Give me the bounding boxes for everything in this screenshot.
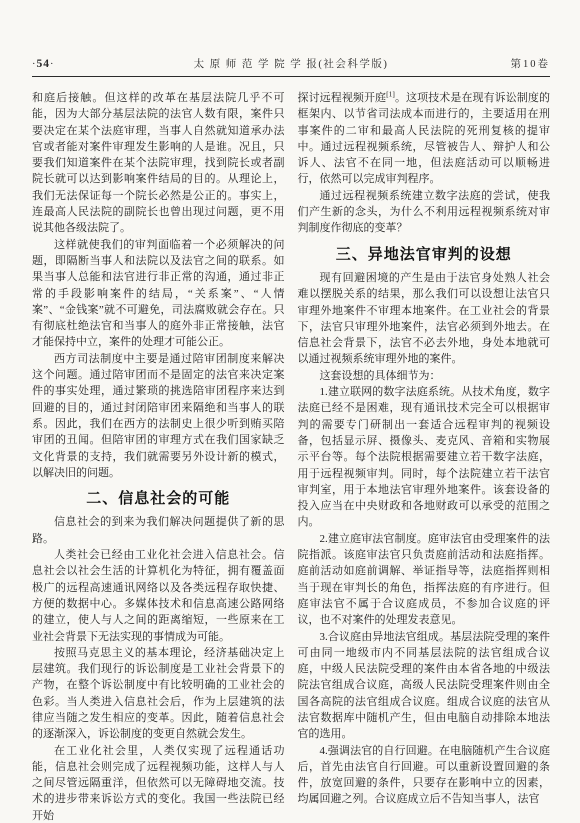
- page-number-dot-right: ·: [50, 59, 55, 70]
- paragraph: 人类社会已经由工业化社会进入信息社会。信息社会以社会生活的计算机化为特征，拥有覆…: [32, 547, 285, 645]
- journal-page: ·54· 太 原 师 范 学 院 学 报(社会科学版) 第10卷 和庭后接触。但…: [0, 0, 580, 823]
- page-number: ·54·: [32, 58, 102, 70]
- footnote-ref: [1]: [386, 89, 395, 98]
- paragraph: 1.建立联网的数字法庭系统。从技术角度，数字法庭已经不是困难，现有通讯技术完全可…: [298, 384, 551, 531]
- paragraph: 和庭后接触。但这样的改革在基层法院几乎不可能，因为大部分基层法院的法官人数有限，…: [32, 90, 285, 237]
- header-rule: [32, 76, 550, 77]
- left-column: 和庭后接触。但这样的改革在基层法院几乎不可能，因为大部分基层法院的法官人数有限，…: [32, 90, 285, 823]
- paragraph: 通过远程视频系统建立数字法庭的尝试，使我们产生新的念头，为什么不利用远程视频系统…: [298, 188, 551, 237]
- paragraph: 4.强调法官的自行回避。在电脑随机产生合议庭后，首先由法官自行回避。可以重新设置…: [298, 743, 551, 808]
- paragraph: 3.合议庭由异地法官组成。基层法院受理的案件可由同一地级市内不同基层法院的法官组…: [298, 629, 551, 743]
- paragraph: 信息社会的到来为我们解决问题提供了新的思路。: [32, 514, 285, 547]
- paragraph: 探讨远程视频开庭[1]。这项技术是在现有诉讼制度的框架内、以节省司法成本而进行的…: [298, 90, 551, 188]
- section-heading: 三、异地法官审判的设想: [298, 247, 551, 263]
- article-body: 和庭后接触。但这样的改革在基层法院几乎不可能，因为大部分基层法院的法官人数有限，…: [32, 90, 550, 823]
- paragraph: 西方司法制度中主要是通过陪审团制度来解决这个问题。通过陪审团而不是固定的法官来决…: [32, 351, 285, 481]
- volume-label: 第10卷: [480, 56, 550, 71]
- paragraph: 在工业化社会里，人类仅实现了远程通话功能，信息社会则完成了远程视频功能，这样人与…: [32, 743, 285, 823]
- paragraph: 这样就使我们的审判面临着一个必须解决的问题，即隔断当事人和法院以及法官之间的联系…: [32, 237, 285, 351]
- paragraph: 现有回避困境的产生是由于法官身处熟人社会难以摆脱关系的结果，那么我们可以设想让法…: [298, 270, 551, 368]
- journal-title: 太 原 师 范 学 院 学 报(社会科学版): [102, 56, 480, 71]
- paragraph: 这套设想的具体细节为：: [298, 368, 551, 384]
- right-column: 探讨远程视频开庭[1]。这项技术是在现有诉讼制度的框架内、以节省司法成本而进行的…: [298, 90, 551, 823]
- page-number-value: 54: [37, 58, 51, 70]
- page-header: ·54· 太 原 师 范 学 院 学 报(社会科学版) 第10卷: [32, 56, 550, 71]
- paragraph: 2.建立庭审法官制度。庭审法官由受理案件的法院指派。该庭审法官只负责庭前活动和法…: [298, 531, 551, 629]
- section-heading: 二、信息社会的可能: [32, 491, 285, 507]
- paragraph: 按照马克思主义的基本理论，经济基础决定上层建筑。我们现行的诉讼制度是工业社会背景…: [32, 645, 285, 743]
